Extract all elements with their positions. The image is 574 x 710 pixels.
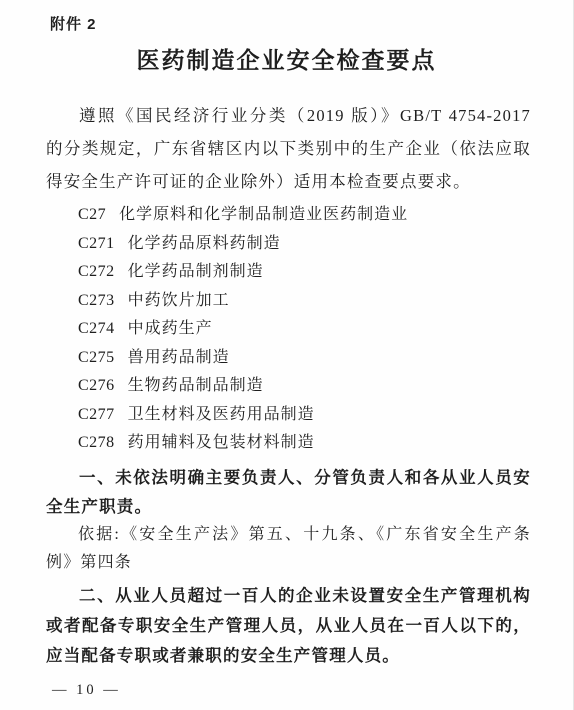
category-name: 中药饮片加工 <box>128 292 230 309</box>
category-code: C27 <box>78 206 106 223</box>
category-code: C278 <box>78 434 115 451</box>
category-code: C274 <box>78 320 115 337</box>
category-code: C275 <box>78 349 115 366</box>
category-name: 中成药生产 <box>128 320 213 337</box>
category-row: C274中成药生产 <box>46 315 531 344</box>
category-list: C27化学原料和化学制品制造业医药制造业 C271化学药品原料药制造 C272化… <box>46 201 531 458</box>
category-name: 兽用药品制造 <box>128 349 230 366</box>
intro-paragraph: 遵照《国民经济行业分类（2019 版）》GB/T 4754-2017 的分类规定… <box>46 99 531 198</box>
category-name: 化学原料和化学制品制造业医药制造业 <box>119 206 408 223</box>
category-name: 卫生材料及医药用品制造 <box>128 406 315 423</box>
category-row: C275兽用药品制造 <box>46 344 531 373</box>
category-code: C276 <box>78 377 115 394</box>
document-title: 医药制造企业安全检查要点 <box>0 0 573 75</box>
item-2-heading: 二、从业人员超过一百人的企业未设置安全生产管理机构或者配备专职安全生产管理人员，… <box>46 581 531 671</box>
item-1-basis: 依据:《安全生产法》第五、十九条、《广东省安全生产条例》第四条 <box>46 521 531 577</box>
category-name: 化学药品制剂制造 <box>128 263 264 280</box>
category-row: C271化学药品原料药制造 <box>46 230 531 259</box>
category-row: C278药用辅料及包装材料制造 <box>46 429 531 458</box>
category-code: C273 <box>78 292 115 309</box>
page-number: — 10 — <box>52 682 121 699</box>
document-body: 遵照《国民经济行业分类（2019 版）》GB/T 4754-2017 的分类规定… <box>46 99 531 671</box>
category-row: C277卫生材料及医药用品制造 <box>46 401 531 430</box>
document-page: 附件 2 医药制造企业安全检查要点 遵照《国民经济行业分类（2019 版）》GB… <box>0 0 574 710</box>
category-code: C271 <box>78 235 115 252</box>
category-name: 化学药品原料药制造 <box>128 235 281 252</box>
category-row: C27化学原料和化学制品制造业医药制造业 <box>46 201 531 230</box>
category-code: C277 <box>78 406 115 423</box>
attachment-label: 附件 2 <box>50 13 97 34</box>
category-code: C272 <box>78 263 115 280</box>
item-1-heading: 一、未依法明确主要负责人、分管负责人和各从业人员安全生产职责。 <box>46 463 531 521</box>
category-row: C276生物药品制品制造 <box>46 372 531 401</box>
category-name: 药用辅料及包装材料制造 <box>128 434 315 451</box>
category-name: 生物药品制品制造 <box>128 377 264 394</box>
category-row: C273中药饮片加工 <box>46 287 531 316</box>
category-row: C272化学药品制剂制造 <box>46 258 531 287</box>
